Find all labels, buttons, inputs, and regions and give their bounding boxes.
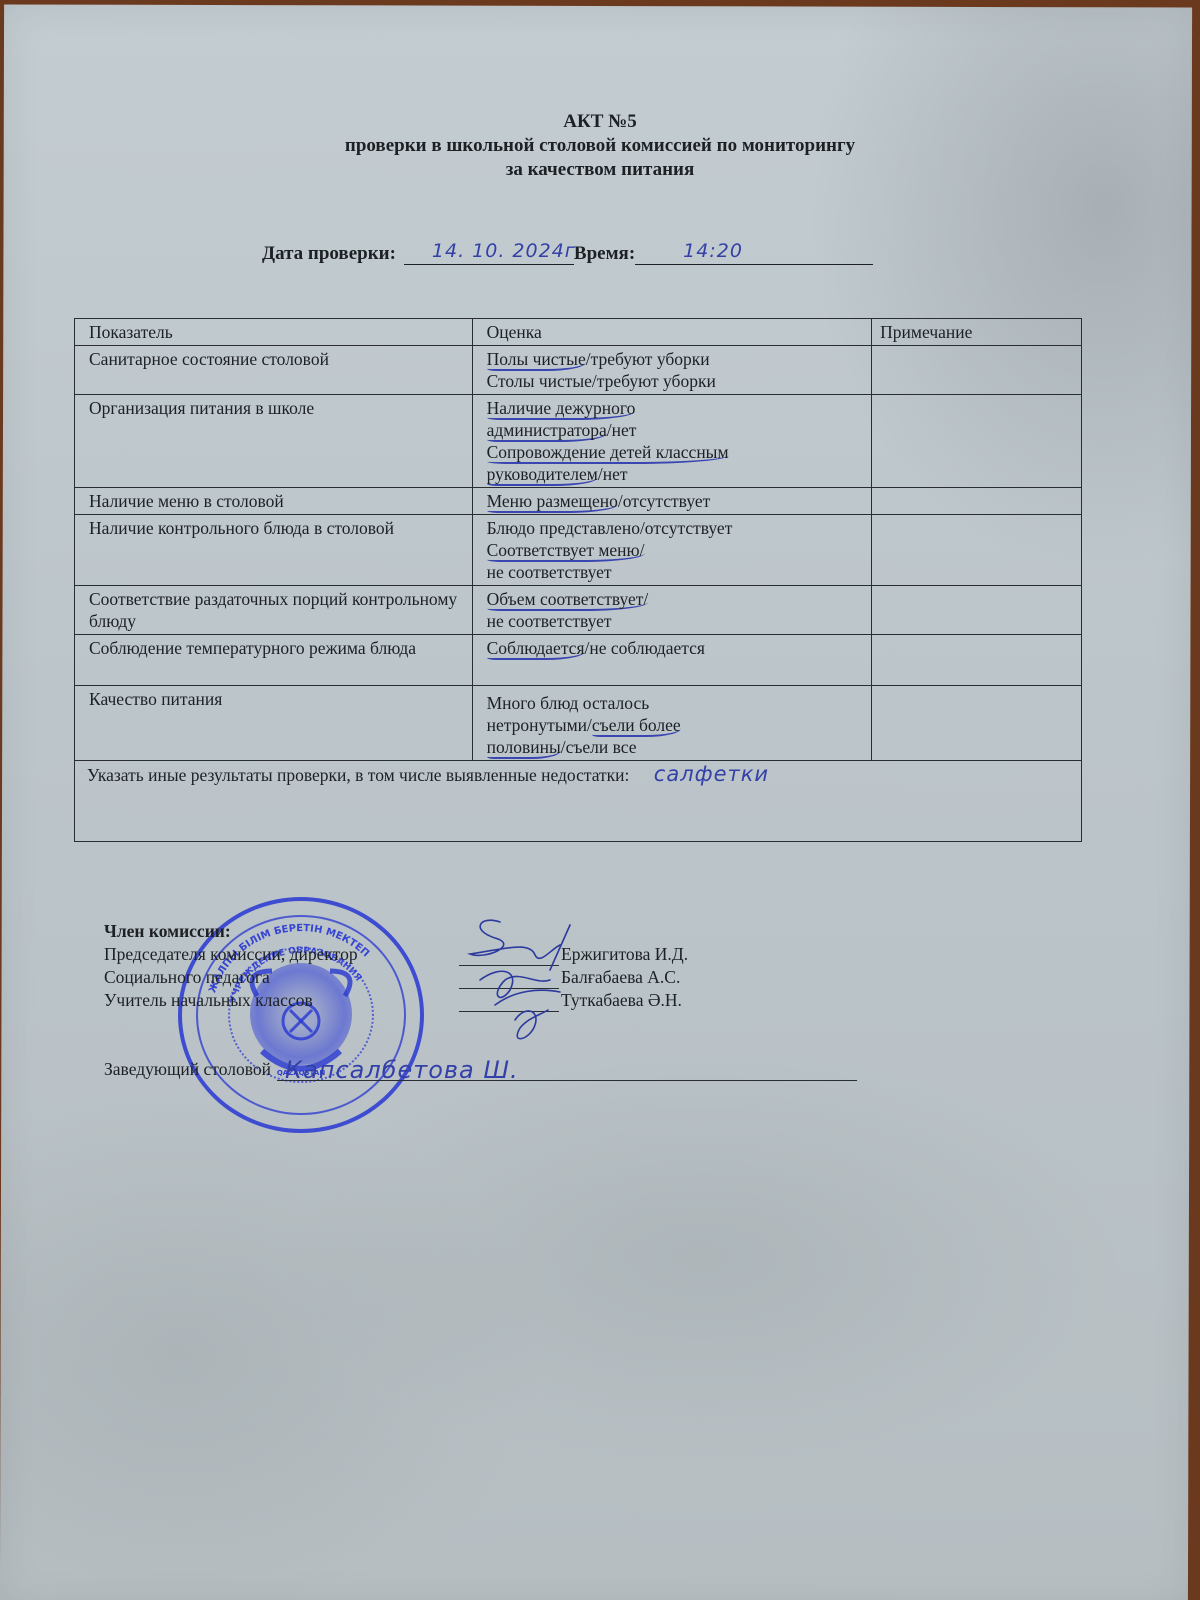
indicator-cell: Соблюдение температурного режима блюда: [75, 635, 473, 686]
inspection-table: Показатель Оценка Примечание Санитарное …: [74, 318, 1082, 842]
remarks-cell: Указать иные результаты проверки, в том …: [75, 761, 1082, 842]
table-row: Наличие меню в столовой Меню размещено/о…: [75, 488, 1082, 515]
title-subtitle: проверки в школьной столовой комиссией п…: [0, 134, 1200, 158]
time-field: 14:20: [635, 244, 873, 265]
document-title: АКТ №5 проверки в школьной столовой коми…: [0, 110, 1200, 182]
assessment-choice-underlined: руководителем: [487, 464, 598, 486]
assessment-cell: Полы чистые/требуют уборки Столы чистые/…: [472, 346, 872, 395]
header-note: Примечание: [872, 319, 1082, 346]
member-role: Председателя комиссии, директор: [104, 943, 459, 966]
remarks-label: Указать иные результаты проверки, в том …: [87, 765, 629, 785]
indicator-cell: Соответствие раздаточных порций контроль…: [75, 586, 473, 635]
assessment-line: Столы чистые/требуют уборки: [487, 370, 864, 392]
assessment-line: не соответствует: [487, 610, 864, 632]
member-role: Учитель начальных классов: [104, 989, 459, 1012]
title-act-number: АКТ №5: [0, 110, 1200, 134]
table-header-row: Показатель Оценка Примечание: [75, 319, 1082, 346]
member-role: Социального педагога: [104, 966, 459, 989]
table-row: Соблюдение температурного режима блюда С…: [75, 635, 1082, 686]
assessment-cell: Наличие дежурного администратора/нет Соп…: [472, 395, 872, 488]
remarks-handwritten: салфетки: [654, 762, 769, 786]
assessment-line: Много блюд осталось: [487, 692, 864, 714]
assessment-line: Сопровождение детей классным: [487, 442, 729, 464]
note-cell: [872, 686, 1082, 761]
note-cell: [872, 635, 1082, 686]
time-label: Время:: [574, 243, 635, 265]
assessment-cell: Соблюдается/не соблюдается: [472, 635, 872, 686]
assessment-choice-underlined: Меню размещено: [487, 491, 618, 513]
assessment-cell: Меню размещено/отсутствует: [472, 488, 872, 515]
handwritten-signatures: [440, 910, 590, 1050]
table-row: Санитарное состояние столовой Полы чисты…: [75, 346, 1082, 395]
assessment-line: Наличие дежурного: [487, 398, 636, 420]
time-value: 14:20: [683, 240, 743, 262]
assessment-choice-underlined: Соблюдается: [487, 638, 585, 660]
table-row: Организация питания в школе Наличие дежу…: [75, 395, 1082, 488]
table-row: Соответствие раздаточных порций контроль…: [75, 586, 1082, 635]
assessment-choice-underlined: половины: [487, 737, 561, 759]
assessment-choice-underlined: съели более: [592, 715, 681, 737]
header-indicator: Показатель: [75, 319, 473, 346]
note-cell: [872, 515, 1082, 586]
assessment-cell: Блюдо представлено/отсутствует Соответст…: [472, 515, 872, 586]
date-label: Дата проверки:: [262, 243, 396, 265]
assessment-line: Блюдо представлено/отсутствует: [487, 517, 864, 539]
title-subtitle-2: за качеством питания: [0, 158, 1200, 182]
table-row: Наличие контрольного блюда в столовой Бл…: [75, 515, 1082, 586]
assessment-line: Соответствует меню/: [487, 540, 645, 562]
assessment-line: Объем соответствует/: [487, 589, 649, 611]
date-value: 14. 10. 2024г: [432, 240, 576, 262]
note-cell: [872, 346, 1082, 395]
cook-signature-line: Капсалбетова Ш.: [277, 1060, 857, 1081]
date-time-line: Дата проверки: 14. 10. 2024г Время: 14:2…: [262, 243, 873, 265]
indicator-cell: Организация питания в школе: [75, 395, 473, 488]
header-assessment: Оценка: [472, 319, 872, 346]
indicator-cell: Наличие контрольного блюда в столовой: [75, 515, 473, 586]
assessment-choice-underlined: Полы чистые: [487, 349, 586, 371]
remarks-row: Указать иные результаты проверки, в том …: [75, 761, 1082, 842]
indicator-cell: Санитарное состояние столовой: [75, 346, 473, 395]
cook-role: Заведующий столовой: [104, 1058, 271, 1081]
note-cell: [872, 488, 1082, 515]
indicator-cell: Наличие меню в столовой: [75, 488, 473, 515]
cook-signature-row: Заведующий столовой Капсалбетова Ш.: [104, 1058, 1004, 1081]
assessment-choice-underlined: администратора: [487, 420, 607, 442]
assessment-line: не соответствует: [487, 561, 864, 583]
table-row: Качество питания Много блюд осталось нет…: [75, 686, 1082, 761]
assessment-cell: Объем соответствует/ не соответствует: [472, 586, 872, 635]
assessment-cell: Много блюд осталось нетронутыми/съели бо…: [472, 686, 872, 761]
note-cell: [872, 395, 1082, 488]
note-cell: [872, 586, 1082, 635]
cook-handwritten-name: Капсалбетова Ш.: [285, 1059, 519, 1082]
date-field: 14. 10. 2024г: [404, 244, 574, 265]
indicator-cell: Качество питания: [75, 686, 473, 761]
